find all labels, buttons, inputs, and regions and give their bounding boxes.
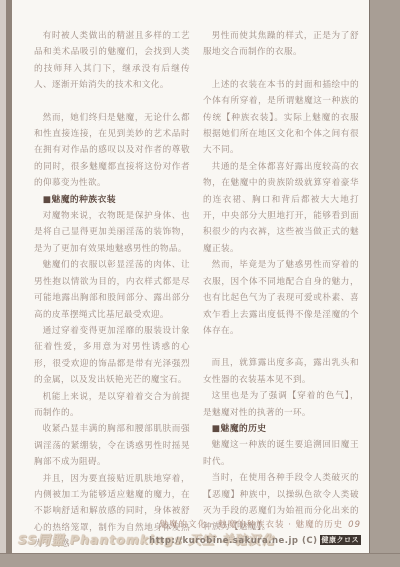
page-footer: SS同盟 Phantomkings 天空 羊驼汉化 魅魔的文化 · 魅魔的种族衣… — [12, 510, 369, 554]
section-header-history: ■魅魔的历史 — [203, 421, 359, 437]
scan-bottom-edge — [0, 553, 400, 567]
scanned-book-page: { "colors": { "backdrop": "#a89e95", "pa… — [0, 0, 400, 567]
paragraph: 魅魔这一种族的诞生要追溯回旧魔王时代。 — [203, 437, 359, 470]
paragraph: 上述的衣装在本书的封面和插绘中的个体有所穿着，是所谓魅魔这一种族的传统【种族衣装… — [203, 77, 359, 159]
author-badge: 健康クロス — [320, 535, 362, 545]
paragraph: 共通的是全体都喜好露出度较高的衣物，在魅魔中的贵族阶级就算穿着豪华的连衣裙、胸口… — [203, 159, 359, 257]
source-url-line: http://kurobine.sakura.ne.jp (C)健康クロス — [149, 535, 361, 546]
paragraph: 这里也是为了强调【穿着的色气】，是魅魔对性的执著的一环。 — [203, 388, 359, 421]
paragraph: 机能上来说，是以穿着着交合为前提而制作的。 — [34, 389, 190, 422]
page-number: 09 — [348, 520, 361, 530]
paragraph: 然而，她们终归是魅魔，无论什么都和性直接连接，在见到美妙的艺术品时在拥有对作品的… — [34, 110, 190, 192]
paragraph: 然而，毕竟是为了魅惑男性而穿着的衣服，因个体不同地配合自身的魅力，也有比起色气为… — [203, 257, 359, 339]
paragraph-continuation: 男性而使其焦躁的样式，正是为了舒服地交合而制作的衣服。 — [203, 28, 359, 61]
section-header-race-costume: ■魅魔的种族衣装 — [34, 192, 190, 208]
copyright-mark: (C) — [302, 536, 318, 546]
text-columns: 有时被人类做出的精湛且多样的工艺品和美术品吸引的魅魔们，会找到人类的技师拜入其门… — [12, 0, 369, 510]
book-page: 有时被人类做出的精湛且多样的工艺品和美术品吸引的魅魔们，会找到人类的技师拜入其门… — [6, 0, 370, 554]
paragraph: 魅魔们的衣服以彰显淫荡的肉体、让男性抱以情欲为目的，内衣样式都是尽可能地露出胸部… — [34, 257, 190, 323]
paragraph: 收紧凸显丰满的胸部和腰部肌肤而强调淫荡的紧绷装，令在诱惑男性时摇晃胸部不成为阻碍… — [34, 421, 190, 470]
paragraph: 有时被人类做出的精湛且多样的工艺品和美术品吸引的魅魔们，会找到人类的技师拜入其门… — [34, 28, 190, 94]
chapter-nav-text: 魅魔的文化 · 魅魔的种族衣装 · 魅魔的历史 — [159, 520, 343, 530]
paragraph: 通过穿着变得更加淫靡的服装设计象征着性爱，多用意为对男性诱惑的心形，很受欢迎的饰… — [34, 323, 190, 389]
source-url: http://kurobine.sakura.ne.jp — [149, 536, 298, 546]
left-column: 有时被人类做出的精湛且多样的工艺品和美术品吸引的魅魔们，会找到人类的技师拜入其门… — [34, 28, 190, 510]
right-column: 男性而使其焦躁的样式，正是为了舒服地交合而制作的衣服。 上述的衣装在本书的封面和… — [203, 28, 359, 510]
chapter-breadcrumb: 魅魔的文化 · 魅魔的种族衣装 · 魅魔的历史09 — [159, 518, 361, 530]
paragraph: 而且，就算露出度多高，露出乳头和女性器的衣装基本见不到。 — [203, 355, 359, 388]
paragraph: 对魔物来说，衣物既是保护身体、也是将自己显得更加美丽淫荡的装饰物，是为了更加有效… — [34, 208, 190, 257]
